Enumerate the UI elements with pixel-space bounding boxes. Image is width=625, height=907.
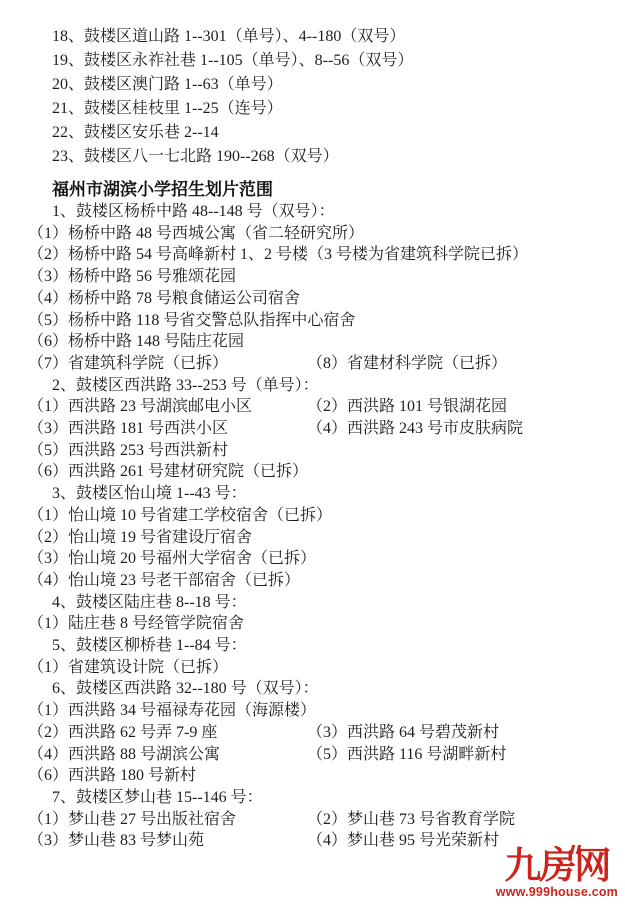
- address-cell: （7）省建筑科学院（已拆）: [28, 353, 307, 375]
- address-row: （3）杨桥中路 56 号雅颂花园: [0, 266, 625, 288]
- address-row: （2）杨桥中路 54 号高峰新村 1、2 号楼（3 号楼为省建筑科学院已拆）: [0, 244, 625, 266]
- site-logo-text: 九房网: [504, 845, 609, 886]
- address-row: （6）西洪路 180 号新村: [0, 765, 625, 787]
- address-row: （4）怡山境 23 号老干部宿舍（已拆）: [0, 570, 625, 592]
- section-title: 1、鼓楼区杨桥中路 48--148 号（双号）：: [0, 201, 625, 223]
- address-cell: （3）杨桥中路 56 号雅颂花园: [28, 266, 236, 288]
- list-item: 23、鼓楼区八一七北路 190--268（双号）: [0, 145, 625, 169]
- address-cell: （4）怡山境 23 号老干部宿舍（已拆）: [28, 570, 300, 592]
- address-cell: （6）杨桥中路 148 号陆庄花园: [28, 331, 244, 353]
- site-url-text: www.999house.com: [496, 886, 618, 899]
- list-item: 19、鼓楼区永祚社巷 1--105（单号）、8--56（双号）: [0, 49, 625, 73]
- section-title: 2、鼓楼区西洪路 33--253 号（单号）：: [0, 375, 625, 397]
- section-title: 4、鼓楼区陆庄巷 8--18 号：: [0, 592, 625, 614]
- address-cell: （1）杨桥中路 48 号西城公寓（省二轻研究所）: [28, 223, 364, 245]
- address-cell: （2）西洪路 62 号弄 7-9 座: [28, 722, 307, 744]
- address-row: （3）西洪路 181 号西洪小区（4）西洪路 243 号市皮肤病院: [0, 418, 625, 440]
- address-cell: （1）梦山巷 27 号出版社宿舍: [28, 809, 307, 831]
- page-title: 福州市湖滨小学招生划片范围: [0, 178, 625, 201]
- list-item: 21、鼓楼区桂枝里 1--25（连号）: [0, 97, 625, 121]
- address-cell: （5）西洪路 253 号西洪新村: [28, 440, 228, 462]
- enrollment-sections: 1、鼓楼区杨桥中路 48--148 号（双号）：（1）杨桥中路 48 号西城公寓…: [0, 201, 625, 852]
- address-cell: （2）怡山境 19 号省建设厅宿舍: [28, 527, 252, 549]
- document-page: 18、鼓楼区道山路 1--301（单号）、4--180（双号）19、鼓楼区永祚社…: [0, 0, 625, 907]
- list-item: 18、鼓楼区道山路 1--301（单号）、4--180（双号）: [0, 25, 625, 49]
- address-row: （6）西洪路 261 号建材研究院（已拆）: [0, 461, 625, 483]
- address-cell: （8）省建材科学院（已拆）: [307, 353, 507, 375]
- site-logo[interactable]: 九房网 www.999house.com: [496, 847, 618, 899]
- section-title: 7、鼓楼区梦山巷 15--146 号：: [0, 787, 625, 809]
- address-row: （3）怡山境 20 号福州大学宿舍（已拆）: [0, 548, 625, 570]
- address-cell: （5）西洪路 116 号湖畔新村: [307, 744, 506, 766]
- address-row: （1）西洪路 34 号福禄寿花园（海源楼）: [0, 700, 625, 722]
- address-row: （1）杨桥中路 48 号西城公寓（省二轻研究所）: [0, 223, 625, 245]
- address-cell: （2）杨桥中路 54 号高峰新村 1、2 号楼（3 号楼为省建筑科学院已拆）: [28, 244, 528, 266]
- section-title: 3、鼓楼区怡山境 1--43 号：: [0, 483, 625, 505]
- address-row: （4）西洪路 88 号湖滨公寓（5）西洪路 116 号湖畔新村: [0, 744, 625, 766]
- address-cell: （4）西洪路 243 号市皮肤病院: [307, 418, 523, 440]
- address-cell: （4）西洪路 88 号湖滨公寓: [28, 744, 307, 766]
- address-row: （6）杨桥中路 148 号陆庄花园: [0, 331, 625, 353]
- address-row: （5）西洪路 253 号西洪新村: [0, 440, 625, 462]
- address-cell: （2）西洪路 101 号银湖花园: [307, 396, 507, 418]
- intro-list: 18、鼓楼区道山路 1--301（单号）、4--180（双号）19、鼓楼区永祚社…: [0, 0, 625, 169]
- address-cell: （1）西洪路 23 号湖滨邮电小区: [28, 396, 307, 418]
- address-cell: （4）杨桥中路 78 号粮食储运公司宿舍: [28, 288, 300, 310]
- address-cell: （3）西洪路 64 号碧茂新村: [307, 722, 499, 744]
- address-cell: （2）梦山巷 73 号省教育学院: [307, 809, 515, 831]
- address-cell: （1）西洪路 34 号福禄寿花园（海源楼）: [28, 700, 316, 722]
- address-row: （7）省建筑科学院（已拆）（8）省建材科学院（已拆）: [0, 353, 625, 375]
- address-row: （2）怡山境 19 号省建设厅宿舍: [0, 527, 625, 549]
- address-row: （2）西洪路 62 号弄 7-9 座（3）西洪路 64 号碧茂新村: [0, 722, 625, 744]
- address-row: （1）省建筑设计院（已拆）: [0, 657, 625, 679]
- list-item: 20、鼓楼区澳门路 1--63（单号）: [0, 73, 625, 97]
- address-cell: （3）怡山境 20 号福州大学宿舍（已拆）: [28, 548, 316, 570]
- logo-accent-icon: [571, 845, 583, 854]
- address-cell: （6）西洪路 261 号建材研究院（已拆）: [28, 461, 308, 483]
- address-cell: （3）西洪路 181 号西洪小区: [28, 418, 307, 440]
- address-cell: （1）省建筑设计院（已拆）: [28, 657, 228, 679]
- site-logo-wordmark: 九房网: [504, 847, 609, 884]
- address-row: （1）西洪路 23 号湖滨邮电小区（2）西洪路 101 号银湖花园: [0, 396, 625, 418]
- address-cell: （5）杨桥中路 118 号省交警总队指挥中心宿舍: [28, 310, 355, 332]
- address-row: （5）杨桥中路 118 号省交警总队指挥中心宿舍: [0, 310, 625, 332]
- address-cell: （6）西洪路 180 号新村: [28, 765, 196, 787]
- address-row: （4）杨桥中路 78 号粮食储运公司宿舍: [0, 288, 625, 310]
- address-row: （1）怡山境 10 号省建工学校宿舍（已拆）: [0, 505, 625, 527]
- list-item: 22、鼓楼区安乐巷 2--14: [0, 121, 625, 145]
- section-title: 6、鼓楼区西洪路 32--180 号（双号）：: [0, 678, 625, 700]
- address-cell: （4）梦山巷 95 号光荣新村: [307, 830, 499, 852]
- address-cell: （1）怡山境 10 号省建工学校宿舍（已拆）: [28, 505, 332, 527]
- address-cell: （1）陆庄巷 8 号经管学院宿舍: [28, 613, 244, 635]
- address-cell: （3）梦山巷 83 号梦山苑: [28, 830, 307, 852]
- address-row: （1）陆庄巷 8 号经管学院宿舍: [0, 613, 625, 635]
- address-row: （1）梦山巷 27 号出版社宿舍（2）梦山巷 73 号省教育学院: [0, 809, 625, 831]
- section-title: 5、鼓楼区柳桥巷 1--84 号：: [0, 635, 625, 657]
